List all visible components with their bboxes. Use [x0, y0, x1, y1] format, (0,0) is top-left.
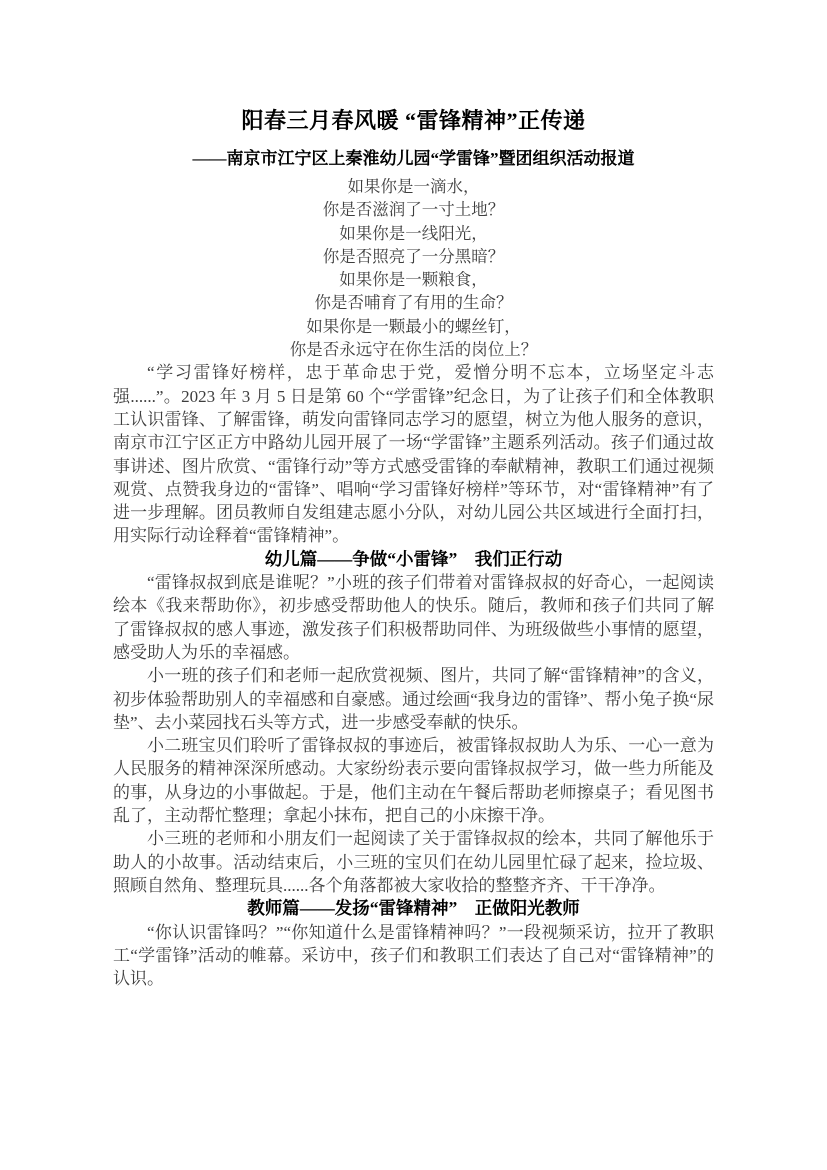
body-paragraph-teachers: “你认识雷锋吗？”“你知道什么是雷锋精神吗？”一段视频采访，拉开了教职工“学雷锋…	[113, 921, 714, 991]
poem-line: 你是否哺育了有用的生命？	[113, 291, 714, 314]
document-page: 阳春三月春风暖 “雷锋精神”正传递 ——南京市江宁区上秦淮幼儿园“学雷锋”暨团组…	[0, 0, 827, 1170]
document-title: 阳春三月春风暖 “雷锋精神”正传递	[113, 106, 714, 136]
body-paragraph-xiaoban: “雷锋叔叔到底是谁呢？”小班的孩子们带着对雷锋叔叔的好奇心，一起阅读绘本《我来帮…	[113, 571, 714, 664]
document-body: “学习雷锋好榜样，忠于革命忠于党，爱憎分明不忘本，立场坚定斗志强......”。…	[113, 361, 714, 990]
section-heading-teachers: 教师篇——发扬“雷锋精神” 正做阳光教师	[113, 897, 714, 920]
poem-line: 如果你是一颗最小的螺丝钉，	[113, 315, 714, 338]
document-subtitle: ——南京市江宁区上秦淮幼儿园“学雷锋”暨团组织活动报道	[113, 146, 714, 171]
poem-line: 如果你是一线阳光，	[113, 222, 714, 245]
poem-line: 如果你是一颗粮食，	[113, 268, 714, 291]
poem-line: 你是否照亮了一分黑暗？	[113, 245, 714, 268]
body-paragraph-intro: “学习雷锋好榜样，忠于革命忠于党，爱憎分明不忘本，立场坚定斗志强......”。…	[113, 361, 714, 547]
poem-line: 你是否永远守在你生活的岗位上？	[113, 338, 714, 361]
poem-line: 你是否滋润了一寸土地？	[113, 198, 714, 221]
body-paragraph-xiaoerban: 小二班宝贝们聆听了雷锋叔叔的事迹后，被雷锋叔叔助人为乐、一心一意为人民服务的精神…	[113, 734, 714, 827]
section-heading-children: 幼儿篇——争做“小雷锋” 我们正行动	[113, 548, 714, 571]
poem-line: 如果你是一滴水，	[113, 175, 714, 198]
body-paragraph-xiaosanban: 小三班的老师和小朋友们一起阅读了关于雷锋叔叔的绘本，共同了解他乐于助人的小故事。…	[113, 827, 714, 897]
body-paragraph-xiaoyiban: 小一班的孩子们和老师一起欣赏视频、图片，共同了解“雷锋精神”的含义，初步体验帮助…	[113, 664, 714, 734]
poem-block: 如果你是一滴水， 你是否滋润了一寸土地？ 如果你是一线阳光， 你是否照亮了一分黑…	[113, 175, 714, 361]
